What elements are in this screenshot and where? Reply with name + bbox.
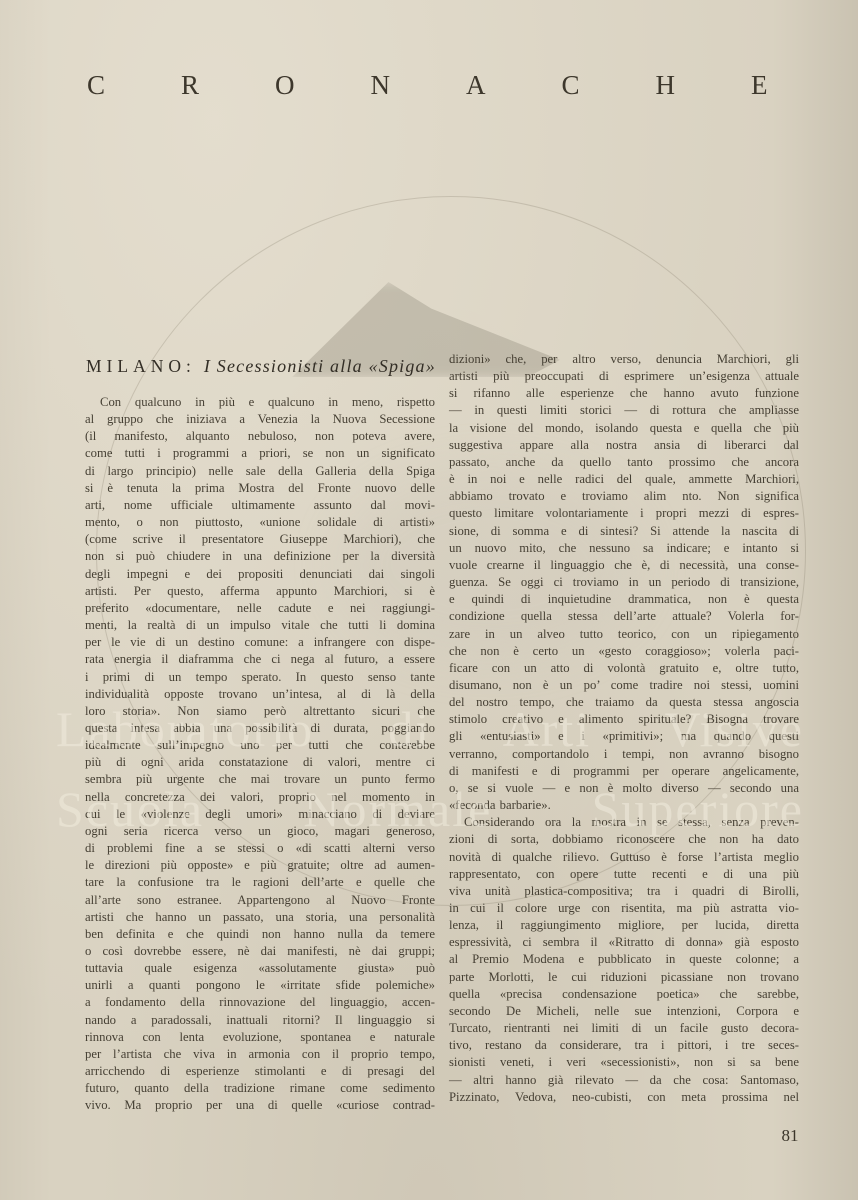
text-line: — in questi limiti storici — di rottura … xyxy=(449,402,799,419)
text-line: menti, la realtà di un impulso vitale ch… xyxy=(85,617,435,634)
text-line: disumano, non è un po’ come tradire noi … xyxy=(449,677,799,694)
text-line: gli «entusiasti» e i «primitivi»; ma qua… xyxy=(449,728,799,745)
text-line: Considerando ora la mostra in se stessa,… xyxy=(449,814,799,831)
text-line: non si può chiudere in una definizione p… xyxy=(85,548,435,565)
text-line: Pizzinato, Vedova, neo-cubisti, con meta… xyxy=(449,1089,799,1106)
text-line: sione, di somma e di sintesi? Si attende… xyxy=(449,523,799,540)
text-line: parte Morlotti, le cui riduzioni picassi… xyxy=(449,969,799,986)
text-line: artisti. Per questo, afferma appunto Mar… xyxy=(85,583,435,600)
text-line: che non è certo un «gesto coraggioso»; v… xyxy=(449,643,799,660)
text-line: al gruppo che iniziava a Venezia la Nuov… xyxy=(85,411,435,428)
text-line: all’arte sono estranee. Appartengono al … xyxy=(85,892,435,909)
text-line: del nostro tempo, che traiamo da questa … xyxy=(449,694,799,711)
text-line: unirli a quanti pongono le «irritate sfi… xyxy=(85,977,435,994)
article-column-left: Con qualcuno in più e qualcuno in meno, … xyxy=(85,394,435,1115)
text-line: arti, nome ufficiale ultimamente assunto… xyxy=(85,497,435,514)
text-line: guenza. Se oggi ci troviamo in un period… xyxy=(449,574,799,591)
text-line: stimolo creativo e alimento spirituale? … xyxy=(449,711,799,728)
text-line: si è tenuta la prima Mostra del Fronte n… xyxy=(85,480,435,497)
text-line: le direzioni più opposte» e più gratuite… xyxy=(85,857,435,874)
text-line: futuro, quanto della tradizione rimane c… xyxy=(85,1080,435,1097)
text-line: tare la confusione tra le ragioni dell’a… xyxy=(85,874,435,891)
text-line: (come scrive il presentatore Giuseppe Ma… xyxy=(85,531,435,548)
text-line: questo limitare volontariamente i propri… xyxy=(449,505,799,522)
text-line: quella «precisa condensazione poetica» c… xyxy=(449,986,799,1003)
text-line: sembra più urgente che mai trovare un pu… xyxy=(85,771,435,788)
text-line: per le vie di un destino comune: a infra… xyxy=(85,634,435,651)
text-line: arricchendo di esperienze stimolanti e d… xyxy=(85,1063,435,1080)
text-line: i primi di un tempo sperato. In questo s… xyxy=(85,669,435,686)
text-line: di problemi fine a se stessi o «di scatt… xyxy=(85,840,435,857)
text-line: al Premio Modena e pubblicato in queste … xyxy=(449,951,799,968)
text-line: si rifanno alle esperienze che hanno avu… xyxy=(449,385,799,402)
text-line: di largo principio) nelle sale della Gal… xyxy=(85,463,435,480)
text-line: preferito «documentare, nelle cadute e n… xyxy=(85,600,435,617)
text-line: vivo. Ma proprio per una di quelle «curi… xyxy=(85,1097,435,1114)
text-line: individualità opposte trovano un’intesa,… xyxy=(85,686,435,703)
article-title-location: MILANO: xyxy=(86,356,196,376)
text-line: (il manifesto, alquanto nebuloso, non po… xyxy=(85,428,435,445)
text-line: questa intesa abbia una possibilità di d… xyxy=(85,720,435,737)
text-line: lenza, il raggiungimento migliore, per l… xyxy=(449,917,799,934)
text-line: e quindi di inquietudine drammatica, non… xyxy=(449,591,799,608)
text-line: Con qualcuno in più e qualcuno in meno, … xyxy=(85,394,435,411)
text-line: degli impegni e dei propositi denunciati… xyxy=(85,566,435,583)
text-line: passato, anche da quello tanto prossimo … xyxy=(449,454,799,471)
text-line: dizioni» che, per altro verso, denuncia … xyxy=(449,351,799,368)
text-line: vuole crearne il linguaggio che è, di ne… xyxy=(449,557,799,574)
text-line: tuttavia quale esigenza «assolutamente g… xyxy=(85,960,435,977)
text-line: tivo, restano da considerare, tra i pitt… xyxy=(449,1037,799,1054)
text-line: rappresentato, con opere tutte recenti e… xyxy=(449,866,799,883)
article-title-text: I Secessionisti alla «Spiga» xyxy=(204,356,436,376)
text-line: secondo De Micheli, nelle sue intenzioni… xyxy=(449,1003,799,1020)
text-line: zare in un alveo tutto teorico, con un r… xyxy=(449,626,799,643)
text-line: abbiamo trovato e troviamo alim nto. Non… xyxy=(449,488,799,505)
text-line: più di ogni arida constatazione di valor… xyxy=(85,754,435,771)
text-line: «feconda barbarie». xyxy=(449,797,799,814)
text-line: cui le «violenze degli umori» minacciano… xyxy=(85,806,435,823)
scanned-magazine-page: CRONACHE MILANO: I Secessionisti alla «S… xyxy=(0,0,858,1200)
text-line: mento, o non piuttosto, «unione solidale… xyxy=(85,514,435,531)
text-line: nando a paradossali, inattuali ritorni? … xyxy=(85,1012,435,1029)
text-line: rinnova con lenta evoluzione, spontanea … xyxy=(85,1029,435,1046)
page-number: 81 xyxy=(760,1126,820,1146)
text-line: viva unità plastica-compositiva; tra i q… xyxy=(449,883,799,900)
text-line: sionisti veneti, i veri «secessionisti»,… xyxy=(449,1054,799,1071)
text-line: — altri hanno già rilevato — da che cosa… xyxy=(449,1072,799,1089)
text-line: condizione quella stessa dell’arte attua… xyxy=(449,608,799,625)
text-line: ben definita e che quindi non hanno null… xyxy=(85,926,435,943)
text-line: espressività, ci sembra il «Ritratto di … xyxy=(449,934,799,951)
text-line: verranno, comportandolo i tempi, non avr… xyxy=(449,746,799,763)
text-line: per l’artista che viva in armonia con il… xyxy=(85,1046,435,1063)
text-line: nella concretezza dei valori, proprio ne… xyxy=(85,789,435,806)
article-column-right: dizioni» che, per altro verso, denuncia … xyxy=(449,351,799,1106)
text-line: artisti più preoccupati di esprimere un’… xyxy=(449,368,799,385)
text-line: ogni seria ricerca verso un gioco, magar… xyxy=(85,823,435,840)
text-line: rata energia il diaframma che ci nega al… xyxy=(85,651,435,668)
text-line: suggestiva appare alla nostra ansia di l… xyxy=(449,437,799,454)
article-title: MILANO: I Secessionisti alla «Spiga» xyxy=(86,356,446,377)
text-line: è in noi e nelle radici del quale, ammet… xyxy=(449,471,799,488)
text-line: di manifesti e di programmi per operare … xyxy=(449,763,799,780)
text-line: loro storia». Non siamo però altrettanto… xyxy=(85,703,435,720)
text-line: o, se si vuole — e non è molto diverso —… xyxy=(449,780,799,797)
text-line: a fondamento della rinnovazione del ling… xyxy=(85,994,435,1011)
text-line: come tutti i programmi a priori, se non … xyxy=(85,445,435,462)
text-line: in cui il colore urge con risentita, ma … xyxy=(449,900,799,917)
text-line: zioni di sorta, dobbiamo riconoscere che… xyxy=(449,831,799,848)
text-line: artisti che hanno un passato, una storia… xyxy=(85,909,435,926)
text-line: la visione del mondo, isolando questa e … xyxy=(449,420,799,437)
text-line: idealmente sull’impegno uno per tutti ch… xyxy=(85,737,435,754)
page-header-cronache: CRONACHE xyxy=(87,70,807,101)
text-line: ficare con un atto di volontà gratuito e… xyxy=(449,660,799,677)
text-line: novità di qualche rilievo. Guttuso è for… xyxy=(449,849,799,866)
text-line: un nuovo mito, che nessuno sa indicare; … xyxy=(449,540,799,557)
text-line: o così dovrebbe essere, nè dai manifesti… xyxy=(85,943,435,960)
text-line: Turcato, rientranti nei limiti di un fac… xyxy=(449,1020,799,1037)
